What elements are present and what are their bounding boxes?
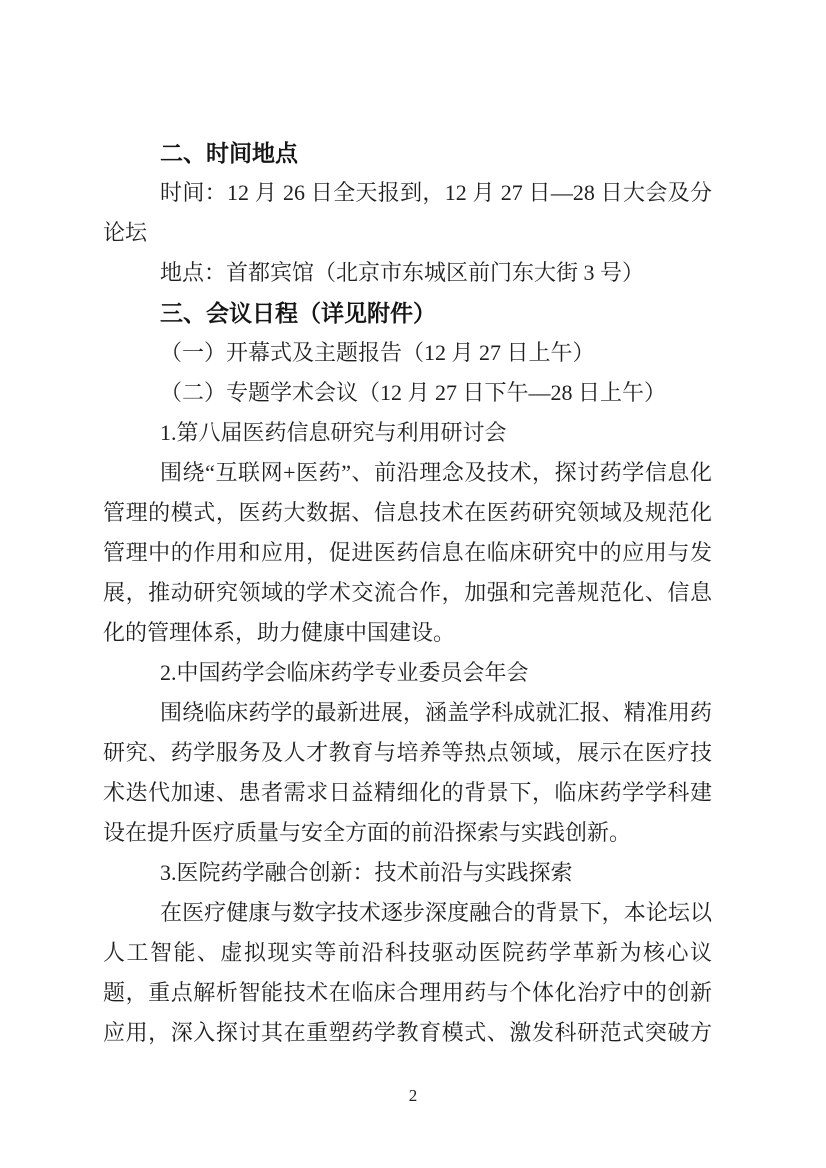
- doc-line: 研究、药学服务及人才教育与培养等热点领域，展示在医疗技: [103, 733, 712, 773]
- doc-line: 人工智能、虚拟现实等前沿科技驱动医院药学革新为核心议: [103, 933, 712, 973]
- page-number: 2: [0, 1086, 826, 1106]
- document-page: 二、时间地点 时间：12 月 26 日全天报到，12 月 27 日—28 日大会…: [103, 133, 712, 1053]
- doc-line: （二）专题学术会议（12 月 27 日下午—28 日上午）: [103, 373, 712, 413]
- doc-line: 时间：12 月 26 日全天报到，12 月 27 日—28 日大会及分: [103, 173, 712, 213]
- doc-line-item-2-title: 2.中国药学会临床药学专业委员会年会: [103, 653, 712, 693]
- doc-line: 围绕“互联网+医药”、前沿理念及技术，探讨药学信息化: [103, 453, 712, 493]
- doc-line: 题，重点解析智能技术在临床合理用药与个体化治疗中的创新: [103, 973, 712, 1013]
- doc-line: 化的管理体系，助力健康中国建设。: [103, 613, 712, 653]
- doc-line: 管理中的作用和应用，促进医药信息在临床研究中的应用与发: [103, 533, 712, 573]
- doc-line: 围绕临床药学的最新进展，涵盖学科成就汇报、精准用药: [103, 693, 712, 733]
- doc-line: 管理的模式，医药大数据、信息技术在医药研究领域及规范化: [103, 493, 712, 533]
- doc-line: 展，推动研究领域的学术交流合作，加强和完善规范化、信息: [103, 573, 712, 613]
- section-heading-time-place: 二、时间地点: [103, 133, 712, 173]
- doc-line: 设在提升医疗质量与安全方面的前沿探索与实践创新。: [103, 813, 712, 853]
- doc-line-item-1-title: 1.第八届医药信息研究与利用研讨会: [103, 413, 712, 453]
- doc-line: 应用，深入探讨其在重塑药学教育模式、激发科研范式突破方: [103, 1013, 712, 1053]
- doc-line: 地点：首都宾馆（北京市东城区前门东大街 3 号）: [103, 253, 712, 293]
- section-heading-agenda: 三、会议日程（详见附件）: [103, 293, 712, 333]
- doc-line: 在医疗健康与数字技术逐步深度融合的背景下，本论坛以: [103, 893, 712, 933]
- doc-line-item-3-title: 3.医院药学融合创新：技术前沿与实践探索: [103, 853, 712, 893]
- doc-line: （一）开幕式及主题报告（12 月 27 日上午）: [103, 333, 712, 373]
- doc-line: 术迭代加速、患者需求日益精细化的背景下，临床药学学科建: [103, 773, 712, 813]
- doc-line: 论坛: [103, 213, 712, 253]
